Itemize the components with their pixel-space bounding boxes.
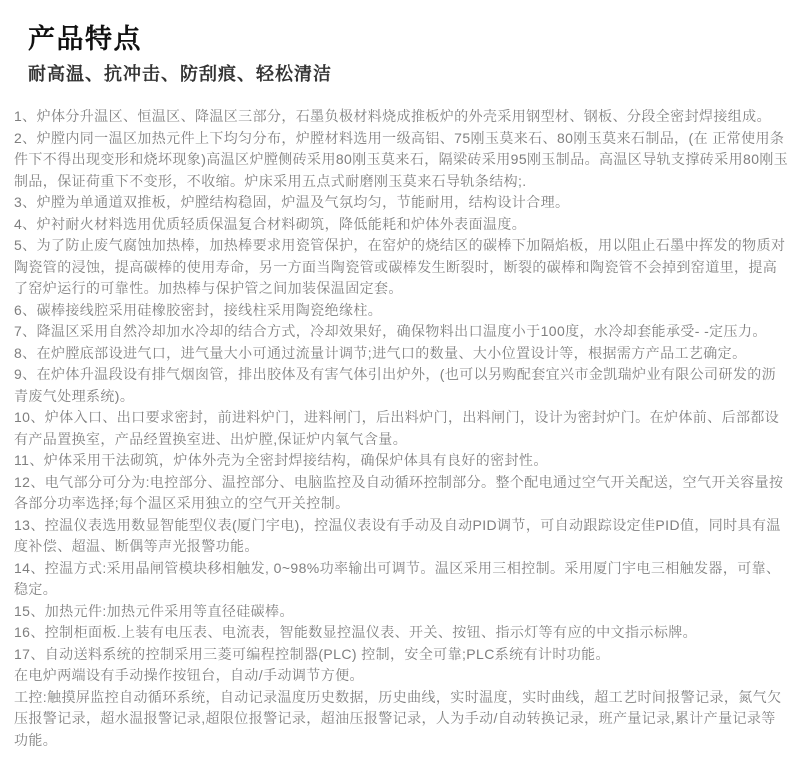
feature-item: 11、炉体采用干法砌筑，炉体外壳为全密封焊接结构，确保炉体具有良好的密封性。 bbox=[14, 450, 790, 472]
feature-item: 14、控温方式:采用晶闸管模块移相触发, 0~98%功率输出可调节。温区采用三相… bbox=[14, 558, 790, 601]
page-title: 产品特点 bbox=[28, 24, 780, 54]
feature-list: 1、炉体分升温区、恒温区、降温区三部分，石墨负极材料烧成推板炉的外壳采用钢型材、… bbox=[0, 85, 800, 759]
page-subtitle: 耐高温、抗冲击、防刮痕、轻松清洁 bbox=[28, 63, 780, 85]
feature-item: 2、炉膛内同一温区加热元件上下均匀分布，炉膛材料选用一级高铝、75刚玉莫来石、8… bbox=[14, 128, 790, 193]
feature-item: 4、炉衬耐火材料选用优质轻质保温复合材料砌筑，降低能耗和炉体外表面温度。 bbox=[14, 214, 790, 236]
feature-item: 9、在炉体升温段设有排气烟囱管，排出胶体及有害气体引出炉外，(也可以另购配套宜兴… bbox=[14, 364, 790, 407]
feature-item: 1、炉体分升温区、恒温区、降温区三部分，石墨负极材料烧成推板炉的外壳采用钢型材、… bbox=[14, 106, 790, 128]
feature-item: 7、降温区采用自然冷却加水冷却的结合方式，冷却效果好，确保物料出口温度小于100… bbox=[14, 321, 790, 343]
feature-item: 6、碳棒接线腔采用硅橡胶密封，接线柱采用陶瓷绝缘柱。 bbox=[14, 300, 790, 322]
feature-item: 8、在炉膛底部设进气口，进气量大小可通过流量计调节;进气口的数量、大小位置设计等… bbox=[14, 343, 790, 365]
feature-item: 13、控温仪表选用数显智能型仪表(厦门宇电)，控温仪表设有手动及自动PID调节，… bbox=[14, 515, 790, 558]
feature-item: 12、电气部分可分为:电控部分、温控部分、电脑监控及自动循环控制部分。整个配电通… bbox=[14, 472, 790, 515]
feature-item: 3、炉膛为单通道双推板，炉膛结构稳固，炉温及气氛均匀，节能耐用，结构设计合理。 bbox=[14, 192, 790, 214]
feature-item: 16、控制柜面板.上装有电压表、电流表，智能数显控温仪表、开关、按钮、指示灯等有… bbox=[14, 622, 790, 644]
feature-item: 15、加热元件:加热元件采用等直径硅碳棒。 bbox=[14, 601, 790, 623]
note-paragraph: 在电炉两端设有手动操作按钮台，自动/手动调节方便。 bbox=[14, 665, 790, 687]
feature-item: 10、炉体入口、出口要求密封，前进料炉门，进料闸门，后出料炉门，出料闸门，设计为… bbox=[14, 407, 790, 450]
note-paragraph: 工控:触摸屏监控自动循环系统，自动记录温度历史数据，历史曲线，实时温度，实时曲线… bbox=[14, 687, 790, 752]
feature-item: 17、自动送料系统的控制采用三菱可编程控制器(PLC) 控制，安全可靠;PLC系… bbox=[14, 644, 790, 666]
page-header: 产品特点 耐高温、抗冲击、防刮痕、轻松清洁 bbox=[0, 0, 800, 85]
feature-item: 5、为了防止废气腐蚀加热棒，加热棒要求用瓷管保护，在窑炉的烧结区的碳棒下加隔焰板… bbox=[14, 235, 790, 300]
